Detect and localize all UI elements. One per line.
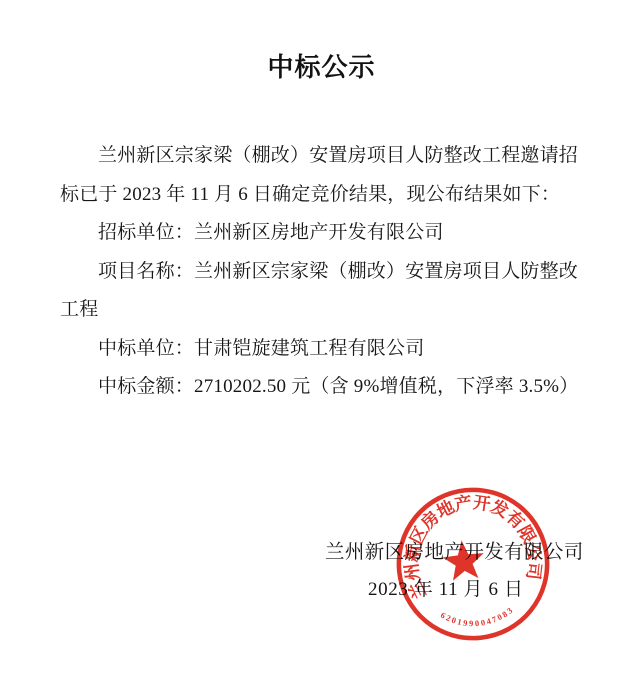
body-line-project-name: 项目名称：兰州新区宗家梁（棚改）安置房项目人防整改 bbox=[60, 253, 583, 292]
body-line: 兰州新区宗家梁（棚改）安置房项目人防整改工程邀请招 bbox=[60, 137, 583, 176]
page-title: 中标公示 bbox=[0, 47, 643, 84]
body-line: 标已于 2023 年 11 月 6 日确定竞价结果，现公布结果如下： bbox=[60, 176, 583, 215]
star-icon bbox=[441, 538, 486, 581]
announcement-document: 中标公示 兰州新区宗家梁（棚改）安置房项目人防整改工程邀请招 标已于 2023 … bbox=[0, 0, 643, 694]
body-line-winning-amount: 中标金额：2710202.50 元（含 9%增值税，下浮率 3.5%） bbox=[60, 368, 583, 407]
seal-serial-arc: 6201990047083 bbox=[438, 603, 516, 632]
body-line-tendering-unit: 招标单位：兰州新区房地产开发有限公司 bbox=[60, 214, 583, 253]
seal-company-arc: 兰州新区房地产开发有限公司 bbox=[395, 485, 547, 603]
official-seal: 兰州新区房地产开发有限公司 6201990047083 bbox=[381, 472, 566, 657]
body-line-winning-unit: 中标单位：甘肃铠旋建筑工程有限公司 bbox=[60, 330, 583, 369]
document-body: 兰州新区宗家梁（棚改）安置房项目人防整改工程邀请招 标已于 2023 年 11 … bbox=[60, 137, 583, 407]
body-line-project-name-wrap: 工程 bbox=[60, 291, 583, 330]
